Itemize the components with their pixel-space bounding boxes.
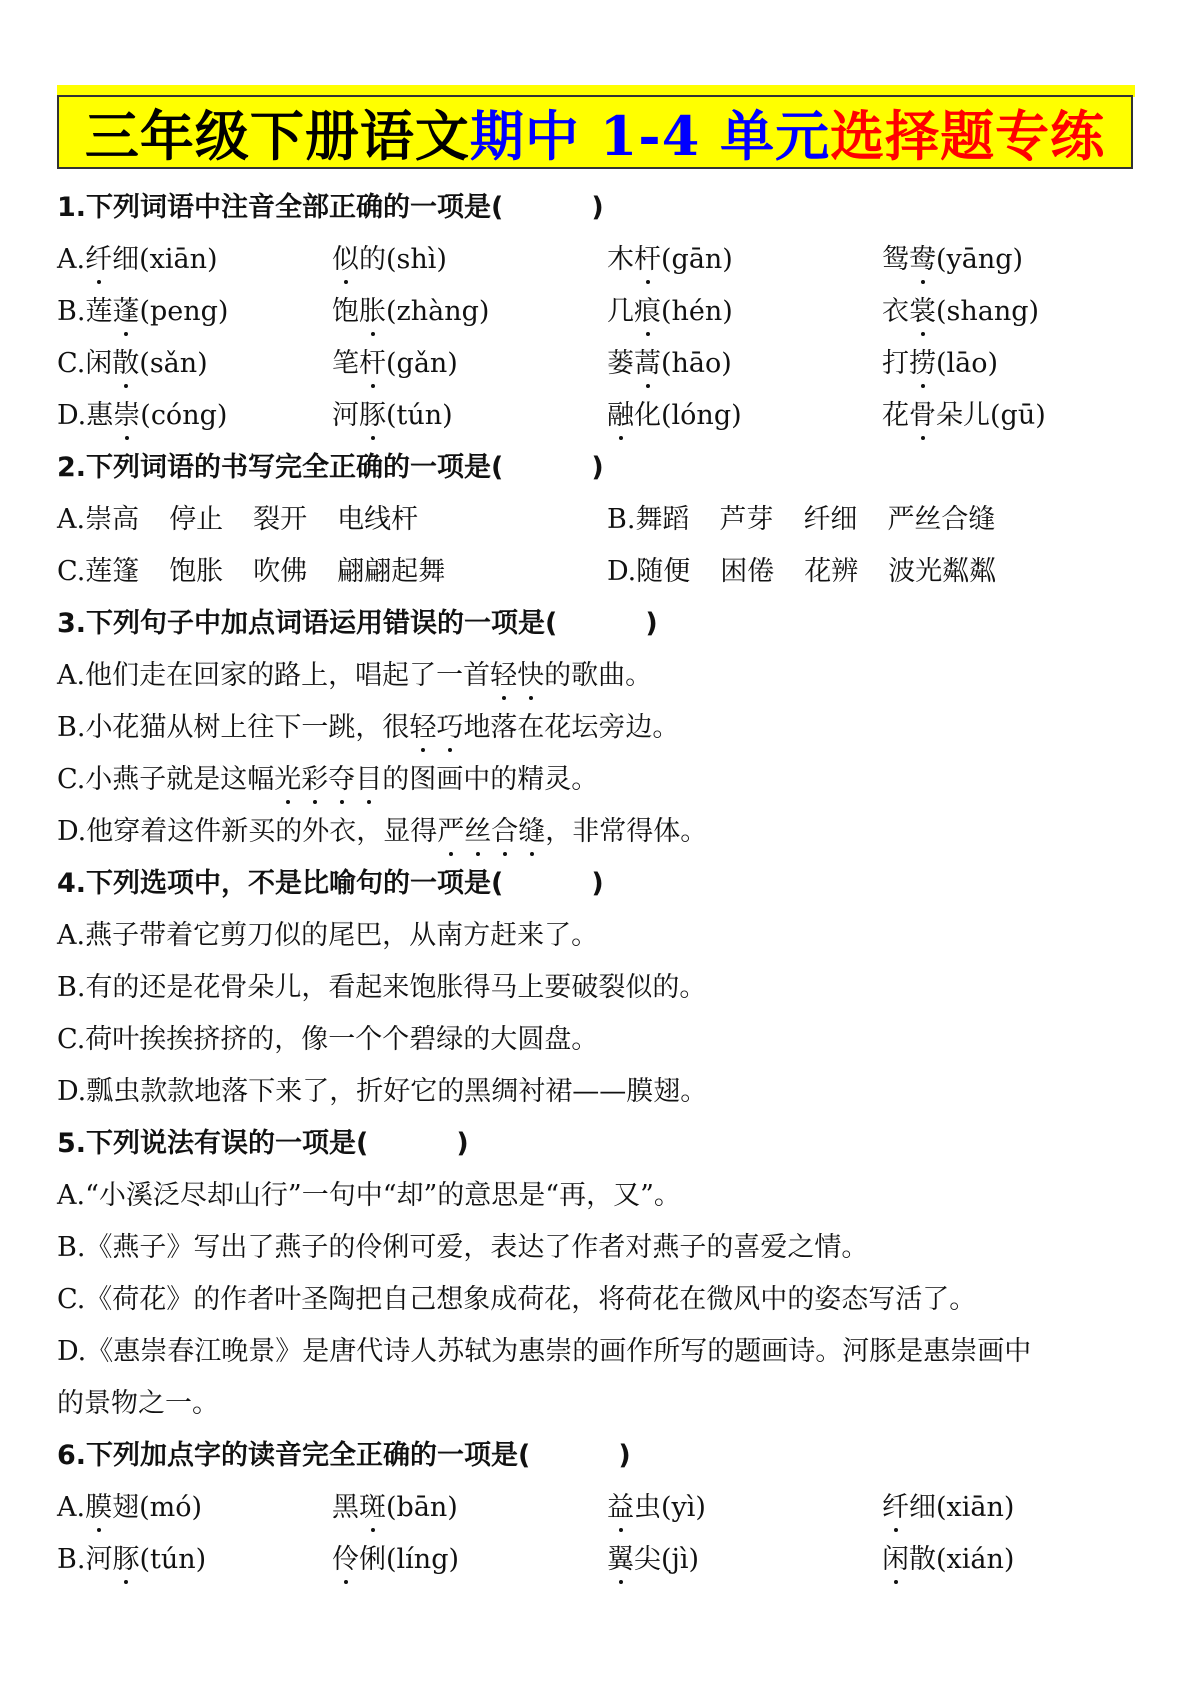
word-suffix: 细 (112, 244, 139, 275)
page-title: 三年级下册语文 期中 1-4 单元 选择题专练 (57, 95, 1133, 169)
word: 崇高 (85, 504, 139, 535)
sentence-prefix: 小花猫从树上往下一跳，很 (85, 712, 409, 743)
dotted-character: 伶 (332, 1534, 359, 1586)
word-with-pinyin: 衣裳(shang) (882, 286, 1157, 338)
question-2-row: A.崇高停止裂开电线杆B.舞蹈芦芽纤细严丝合缝 (57, 494, 1137, 546)
question-6-option-b[interactable]: B.河豚(tún)伶俐(líng)翼尖(jì)闲散(xián) (57, 1534, 1137, 1586)
sentence-suffix: 的歌曲。 (544, 660, 652, 691)
question-2-row: C.莲篷饱胀吹佛翩翩起舞D.随便困倦花辨波光粼粼 (57, 546, 1137, 598)
question-6-stem: 6.下列加点字的读音完全正确的一项是() (57, 1430, 1137, 1482)
sentence-suffix: 地落在花坛旁边。 (463, 712, 679, 743)
word-suffix: 的 (359, 244, 386, 275)
question-1-option-c[interactable]: C.闲散(sǎn)笔杆(gǎn)蒌蒿(hāo)打捞(lāo) (57, 338, 1137, 390)
dotted-character: 目 (355, 754, 382, 806)
dotted-character: 翼 (607, 1534, 634, 1586)
dotted-character: 光 (274, 754, 301, 806)
option-label: B. (57, 712, 85, 743)
question-6-option-a[interactable]: A.膜翅(mó)黑斑(bān)益虫(yì)纤细(xiān) (57, 1482, 1137, 1534)
word-prefix: 笔 (332, 348, 359, 379)
question-2-option-b[interactable]: B.舞蹈芦芽纤细严丝合缝 (607, 494, 1157, 546)
pinyin: (shang) (936, 296, 1039, 327)
word-with-pinyin: 翼尖(jì) (607, 1534, 882, 1586)
pinyin: (yāng) (936, 244, 1023, 275)
dotted-character: 痕 (634, 286, 661, 338)
word-with-pinyin: D.惠崇(cóng) (57, 390, 332, 442)
option-label: C. (57, 764, 85, 795)
word-with-pinyin: 纤细(xiān) (882, 1482, 1157, 1534)
dotted-character: 骨 (909, 390, 936, 442)
title-part-blue: 期中 1-4 单元 (470, 94, 830, 171)
option-label: B. (57, 1544, 85, 1575)
question-2-option-d[interactable]: D.随便困倦花辨波光粼粼 (607, 546, 1157, 598)
question-1-option-a[interactable]: A.纤细(xiān)似的(shì)木杆(gān)鸳鸯(yāng) (57, 234, 1137, 286)
title-part-black: 三年级下册语文 (85, 94, 470, 171)
dotted-character: 散 (112, 338, 139, 390)
pinyin: (xiān) (936, 1492, 1014, 1523)
pinyin: (sǎn) (139, 348, 207, 379)
word-prefix: 蒌 (607, 348, 634, 379)
dotted-character: 巧 (436, 702, 463, 754)
pinyin: (peng) (139, 296, 228, 327)
question-2-stem: 2.下列词语的书写完全正确的一项是() (57, 442, 1137, 494)
dotted-character: 缝 (518, 806, 545, 858)
word-suffix: 细 (909, 1492, 936, 1523)
question-3-option-b[interactable]: B.小花猫从树上往下一跳，很轻巧地落在花坛旁边。 (57, 702, 1137, 754)
pinyin: (jì) (661, 1544, 699, 1575)
option-label: A. (57, 504, 85, 535)
dotted-character: 纤 (882, 1482, 909, 1534)
word-with-pinyin: 黑斑(bān) (332, 1482, 607, 1534)
pinyin: (gān) (661, 244, 733, 275)
word-with-pinyin: 鸳鸯(yāng) (882, 234, 1157, 286)
word-with-pinyin: 融化(lóng) (607, 390, 882, 442)
question-4-option-b[interactable]: B.有的还是花骨朵儿，看起来饱胀得马上要破裂似的。 (57, 962, 1137, 1014)
dotted-character: 崇 (113, 390, 140, 442)
dotted-character: 快 (517, 650, 544, 702)
word: 饱胀 (169, 556, 223, 587)
word: 严丝合缝 (887, 504, 995, 535)
dotted-character: 轻 (409, 702, 436, 754)
dotted-character: 膜 (85, 1482, 112, 1534)
option-label: D. (57, 816, 86, 847)
pinyin: (tún) (139, 1544, 206, 1575)
sentence-prefix: 他们走在回家的路上，唱起了一首 (85, 660, 490, 691)
pinyin: (bān) (386, 1492, 458, 1523)
dotted-character: 鸯 (909, 234, 936, 286)
question-3-option-c[interactable]: C.小燕子就是这幅光彩夺目的图画中的精灵。 (57, 754, 1137, 806)
dotted-character: 合 (491, 806, 518, 858)
word-suffix: 虫 (634, 1492, 661, 1523)
word-with-pinyin: 花骨朵儿(gū) (882, 390, 1157, 442)
word: 停止 (169, 504, 223, 535)
pinyin: (yì) (661, 1492, 706, 1523)
word: 纤细 (803, 504, 857, 535)
word-with-pinyin: 河豚(tún) (332, 390, 607, 442)
dotted-character: 彩 (301, 754, 328, 806)
question-list: 1.下列词语中注音全部正确的一项是() A.纤细(xiān)似的(shì)木杆(… (57, 182, 1137, 1586)
word: 困倦 (720, 556, 774, 587)
word: 芦芽 (719, 504, 773, 535)
word-with-pinyin: 木杆(gān) (607, 234, 882, 286)
dotted-character: 严 (437, 806, 464, 858)
option-label: D. (607, 556, 636, 587)
question-4-option-d[interactable]: D.瓢虫款款地落下来了，折好它的黑绸衬裙——膜翅。 (57, 1066, 1137, 1118)
question-3-option-d[interactable]: D.他穿着这件新买的外衣，显得严丝合缝，非常得体。 (57, 806, 1137, 858)
dotted-character: 闲 (882, 1534, 909, 1586)
word-prefix: 打 (882, 348, 909, 379)
pinyin: (hāo) (661, 348, 732, 379)
word-suffix: 尖 (634, 1544, 661, 1575)
word-prefix: 河 (332, 400, 359, 431)
pinyin: (xiān) (139, 244, 217, 275)
dotted-character: 轻 (490, 650, 517, 702)
word-prefix: 闲 (85, 348, 112, 379)
word-with-pinyin: 益虫(yì) (607, 1482, 882, 1534)
word-with-pinyin: 打捞(lāo) (882, 338, 1157, 390)
option-label: A. (57, 244, 85, 275)
word-with-pinyin: 闲散(xián) (882, 1534, 1157, 1586)
word-suffix: 散 (909, 1544, 936, 1575)
pinyin: (shì) (386, 244, 447, 275)
dotted-character: 杆 (634, 234, 661, 286)
word: 舞蹈 (635, 504, 689, 535)
word-suffix: 翅 (112, 1492, 139, 1523)
word-with-pinyin: 蒌蒿(hāo) (607, 338, 882, 390)
dotted-character: 斑 (359, 1482, 386, 1534)
word-with-pinyin: A.纤细(xiān) (57, 234, 332, 286)
sentence-suffix: ，非常得体。 (545, 816, 707, 847)
option-label: D. (57, 400, 86, 431)
dotted-character: 杆 (359, 338, 386, 390)
question-1-stem: 1.下列词语中注音全部正确的一项是() (57, 182, 1137, 234)
question-5-option-c[interactable]: C.《荷花》的作者叶圣陶把自己想象成荷花，将荷花在微风中的姿态写活了。 (57, 1274, 1137, 1326)
pinyin: (lóng) (661, 400, 742, 431)
option-label: A. (57, 660, 85, 691)
dotted-character: 裳 (909, 286, 936, 338)
option-label: B. (57, 296, 85, 327)
pinyin: (cóng) (140, 400, 227, 431)
question-1-option-b[interactable]: B.莲蓬(peng)饱胀(zhàng)几痕(hén)衣裳(shang) (57, 286, 1137, 338)
pinyin: (líng) (386, 1544, 459, 1575)
word-prefix: 木 (607, 244, 634, 275)
word-with-pinyin: 伶俐(líng) (332, 1534, 607, 1586)
word-prefix: 饱 (332, 296, 359, 327)
dotted-character: 纤 (85, 234, 112, 286)
pinyin: (hén) (661, 296, 733, 327)
dotted-character: 蓬 (112, 286, 139, 338)
dotted-character: 豚 (112, 1534, 139, 1586)
word-with-pinyin: C.闲散(sǎn) (57, 338, 332, 390)
word-prefix: 河 (85, 1544, 112, 1575)
question-3-stem: 3.下列句子中加点词语运用错误的一项是() (57, 598, 1137, 650)
question-5-option-d[interactable]: D.《惠崇春江晚景》是唐代诗人苏轼为惠崇的画作所写的题画诗。河豚是惠崇画中 的景… (57, 1326, 1137, 1430)
word: 裂开 (253, 504, 307, 535)
pinyin: (xián) (936, 1544, 1014, 1575)
dotted-character: 夺 (328, 754, 355, 806)
pinyin: (lāo) (936, 348, 998, 379)
word-with-pinyin: 笔杆(gǎn) (332, 338, 607, 390)
word: 花辨 (804, 556, 858, 587)
word-suffix: 朵儿 (936, 400, 990, 431)
word: 莲篷 (85, 556, 139, 587)
word-suffix: 化 (634, 400, 661, 431)
dotted-character: 似 (332, 234, 359, 286)
question-4-stem: 4.下列选项中，不是比喻句的一项是() (57, 858, 1137, 910)
dotted-character: 融 (607, 390, 634, 442)
word-with-pinyin: 饱胀(zhàng) (332, 286, 607, 338)
word: 翩翩起舞 (337, 556, 445, 587)
question-2-option-a[interactable]: A.崇高停止裂开电线杆 (57, 494, 607, 546)
question-5-stem: 5.下列说法有误的一项是() (57, 1118, 1137, 1170)
question-5-option-b[interactable]: B.《燕子》写出了燕子的伶俐可爱，表达了作者对燕子的喜爱之情。 (57, 1222, 1137, 1274)
word: 电线杆 (337, 504, 418, 535)
word-prefix: 鸳 (882, 244, 909, 275)
dotted-character: 丝 (464, 806, 491, 858)
word-prefix: 莲 (85, 296, 112, 327)
word-prefix: 几 (607, 296, 634, 327)
word: 随便 (636, 556, 690, 587)
sentence-prefix: 他穿着这件新买的外衣，显得 (86, 816, 437, 847)
dotted-character: 捞 (909, 338, 936, 390)
pinyin: (zhàng) (386, 296, 489, 327)
title-part-red: 选择题专练 (830, 94, 1105, 171)
pinyin: (mó) (139, 1492, 202, 1523)
word-prefix: 黑 (332, 1492, 359, 1523)
pinyin: (gū) (990, 400, 1046, 431)
question-3-option-a[interactable]: A.他们走在回家的路上，唱起了一首轻快的歌曲。 (57, 650, 1137, 702)
sentence-prefix: 小燕子就是这幅 (85, 764, 274, 795)
question-5-option-a[interactable]: A.“小溪泛尽却山行”一句中“却”的意思是“再，又”。 (57, 1170, 1137, 1222)
word-prefix: 衣 (882, 296, 909, 327)
word-suffix: 俐 (359, 1544, 386, 1575)
word-prefix: 惠 (86, 400, 113, 431)
word-with-pinyin: B.莲蓬(peng) (57, 286, 332, 338)
word-with-pinyin: A.膜翅(mó) (57, 1482, 332, 1534)
option-label: C. (57, 348, 85, 379)
word: 吹佛 (253, 556, 307, 587)
word-with-pinyin: 似的(shì) (332, 234, 607, 286)
pinyin: (tún) (386, 400, 453, 431)
option-label: C. (57, 556, 85, 587)
dotted-character: 胀 (359, 286, 386, 338)
question-4-option-c[interactable]: C.荷叶挨挨挤挤的，像一个个碧绿的大圆盘。 (57, 1014, 1137, 1066)
question-1-option-d[interactable]: D.惠崇(cóng)河豚(tún)融化(lóng)花骨朵儿(gū) (57, 390, 1137, 442)
dotted-character: 益 (607, 1482, 634, 1534)
question-2-option-c[interactable]: C.莲篷饱胀吹佛翩翩起舞 (57, 546, 607, 598)
dotted-character: 豚 (359, 390, 386, 442)
dotted-character: 蒿 (634, 338, 661, 390)
word: 波光粼粼 (888, 556, 996, 587)
word-with-pinyin: 几痕(hén) (607, 286, 882, 338)
word-with-pinyin: B.河豚(tún) (57, 1534, 332, 1586)
pinyin: (gǎn) (386, 348, 458, 379)
question-4-option-a[interactable]: A.燕子带着它剪刀似的尾巴，从南方赶来了。 (57, 910, 1137, 962)
sentence-suffix: 的图画中的精灵。 (382, 764, 598, 795)
option-label: A. (57, 1492, 85, 1523)
option-label: B. (607, 504, 635, 535)
word-prefix: 花 (882, 400, 909, 431)
